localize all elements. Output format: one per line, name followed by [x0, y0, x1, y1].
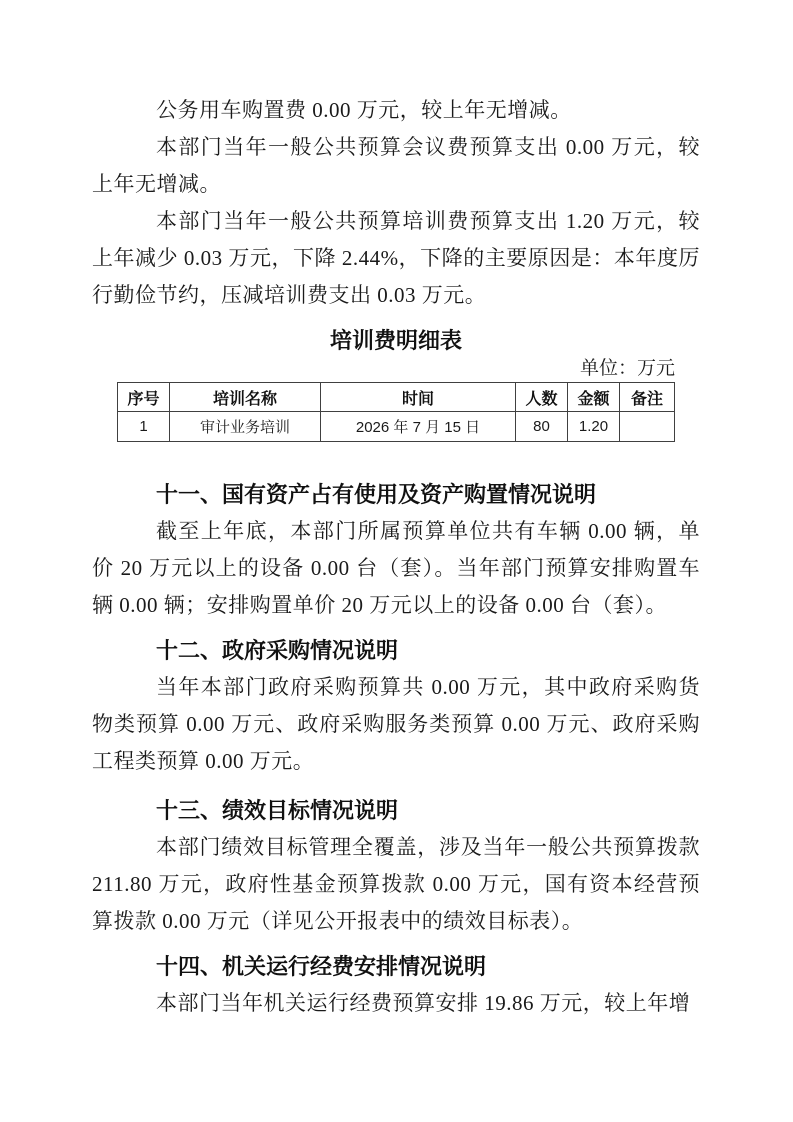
cell-training-name: 审计业务培训: [170, 412, 321, 442]
col-header-amount: 金额: [568, 383, 620, 412]
table-row: 1 审计业务培训 2026 年 7 月 15 日 80 1.20: [118, 412, 675, 442]
paragraph-state-assets: 截至上年底，本部门所属预算单位共有车辆 0.00 辆，单价 20 万元以上的设备…: [92, 513, 700, 624]
document-page: 公务用车购置费 0.00 万元，较上年无增减。 本部门当年一般公共预算会议费预算…: [0, 0, 793, 1122]
paragraph-operating-funds: 本部门当年机关运行经费预算安排 19.86 万元，较上年增: [92, 985, 700, 1022]
paragraph-vehicle-purchase-fee: 公务用车购置费 0.00 万元，较上年无增减。: [92, 92, 700, 129]
cell-remarks: [620, 412, 675, 442]
col-header-training-name: 培训名称: [170, 383, 321, 412]
paragraph-meeting-fee: 本部门当年一般公共预算会议费预算支出 0.00 万元，较上年无增减。: [92, 129, 700, 203]
paragraph-training-fee: 本部门当年一般公共预算培训费预算支出 1.20 万元，较上年减少 0.03 万元…: [92, 203, 700, 314]
col-header-time: 时间: [321, 383, 516, 412]
training-fee-table-title: 培训费明细表: [92, 326, 700, 356]
cell-time: 2026 年 7 月 15 日: [321, 412, 516, 442]
section-heading-performance-targets: 十三、绩效目标情况说明: [92, 792, 700, 829]
training-fee-table: 序号 培训名称 时间 人数 金额 备注 1 审计业务培训 2026 年 7 月 …: [117, 382, 675, 442]
cell-amount: 1.20: [568, 412, 620, 442]
col-header-people-count: 人数: [516, 383, 568, 412]
section-heading-state-assets: 十一、国有资产占有使用及资产购置情况说明: [92, 476, 700, 513]
paragraph-government-procurement: 当年本部门政府采购预算共 0.00 万元，其中政府采购货物类预算 0.00 万元…: [92, 669, 700, 780]
cell-people-count: 80: [516, 412, 568, 442]
table-header-row: 序号 培训名称 时间 人数 金额 备注: [118, 383, 675, 412]
section-heading-operating-funds: 十四、机关运行经费安排情况说明: [92, 948, 700, 985]
cell-serial-number: 1: [118, 412, 170, 442]
col-header-remarks: 备注: [620, 383, 675, 412]
unit-note: 单位：万元: [92, 356, 700, 382]
col-header-serial-number: 序号: [118, 383, 170, 412]
section-heading-government-procurement: 十二、政府采购情况说明: [92, 632, 700, 669]
paragraph-performance-targets: 本部门绩效目标管理全覆盖，涉及当年一般公共预算拨款 211.80 万元，政府性基…: [92, 829, 700, 940]
